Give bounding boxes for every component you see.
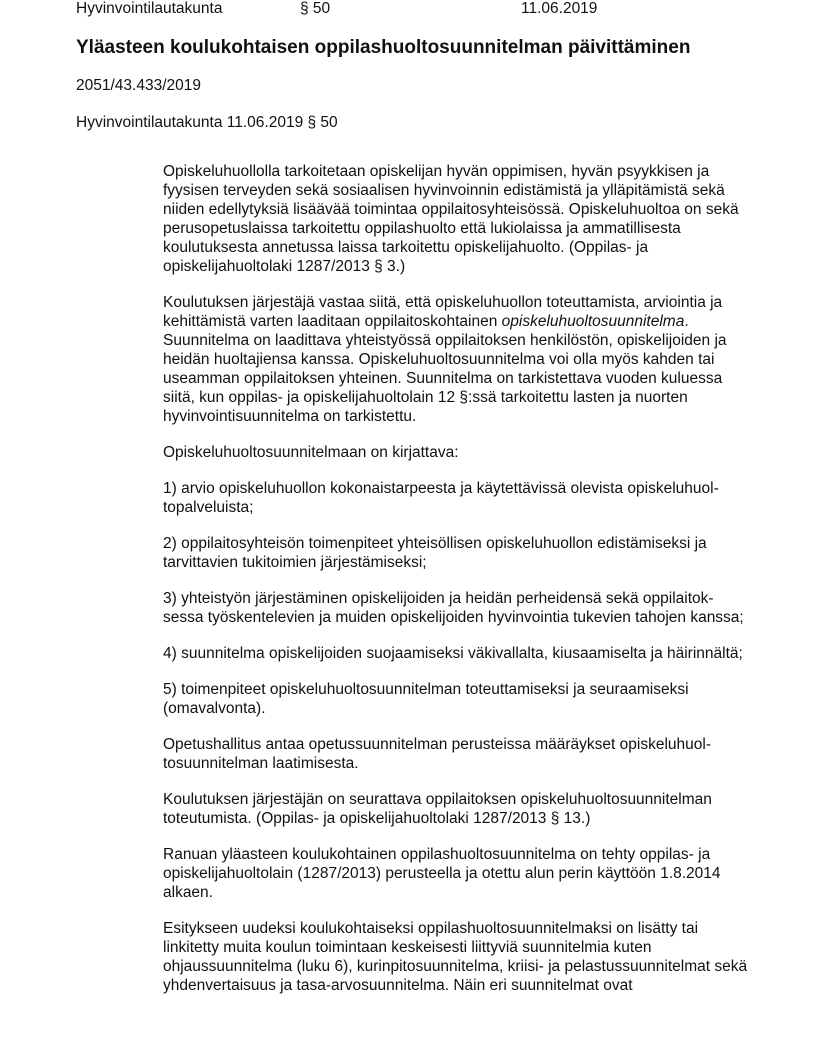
paragraph-proposal: Esitykseen uudeksi koulukohtaiseksi oppi… <box>163 919 753 995</box>
list-item: 1) arvio opiskeluhuollon kokonaistarpees… <box>163 479 753 517</box>
paragraph-list-intro: Opiskeluhuoltosuunnitelmaan on kirjattav… <box>163 443 753 462</box>
paragraph-ranua: Ranuan yläasteen koulukohtainen oppilash… <box>163 845 753 902</box>
paragraph-responsibility: Koulutuksen järjestäjä vastaa siitä, ett… <box>163 293 753 426</box>
list-item: 4) suunnitelma opiskelijoiden suojaamise… <box>163 644 753 663</box>
document-body: Opiskeluhuollolla tarkoitetaan opiskelij… <box>163 162 753 1012</box>
list-item: 2) oppilaitosyhteisön toimenpiteet yhtei… <box>163 534 753 572</box>
italic-term: opiskeluhuoltosuunnitelma <box>502 313 685 330</box>
paragraph-definition: Opiskeluhuollolla tarkoitetaan opiskelij… <box>163 162 753 276</box>
list-item: 5) toimenpiteet opiskeluhuoltosuunnitelm… <box>163 680 753 718</box>
paragraph-monitoring: Koulutuksen järjestäjän on seurattava op… <box>163 790 753 828</box>
header-date: 11.06.2019 <box>521 0 597 18</box>
paragraph-opetushallitus: Opetushallitus antaa opetussuunnitelman … <box>163 735 753 773</box>
meeting-reference: Hyvinvointilautakunta 11.06.2019 § 50 <box>76 114 338 132</box>
header-section: § 50 <box>300 0 330 18</box>
diary-number: 2051/43.433/2019 <box>76 77 201 95</box>
document-title: Yläasteen koulukohtaisen oppilashuoltosu… <box>76 36 690 60</box>
header-organ: Hyvinvointilautakunta <box>76 0 222 18</box>
list-item: 3) yhteistyön järjestäminen opiskelijoid… <box>163 589 753 627</box>
